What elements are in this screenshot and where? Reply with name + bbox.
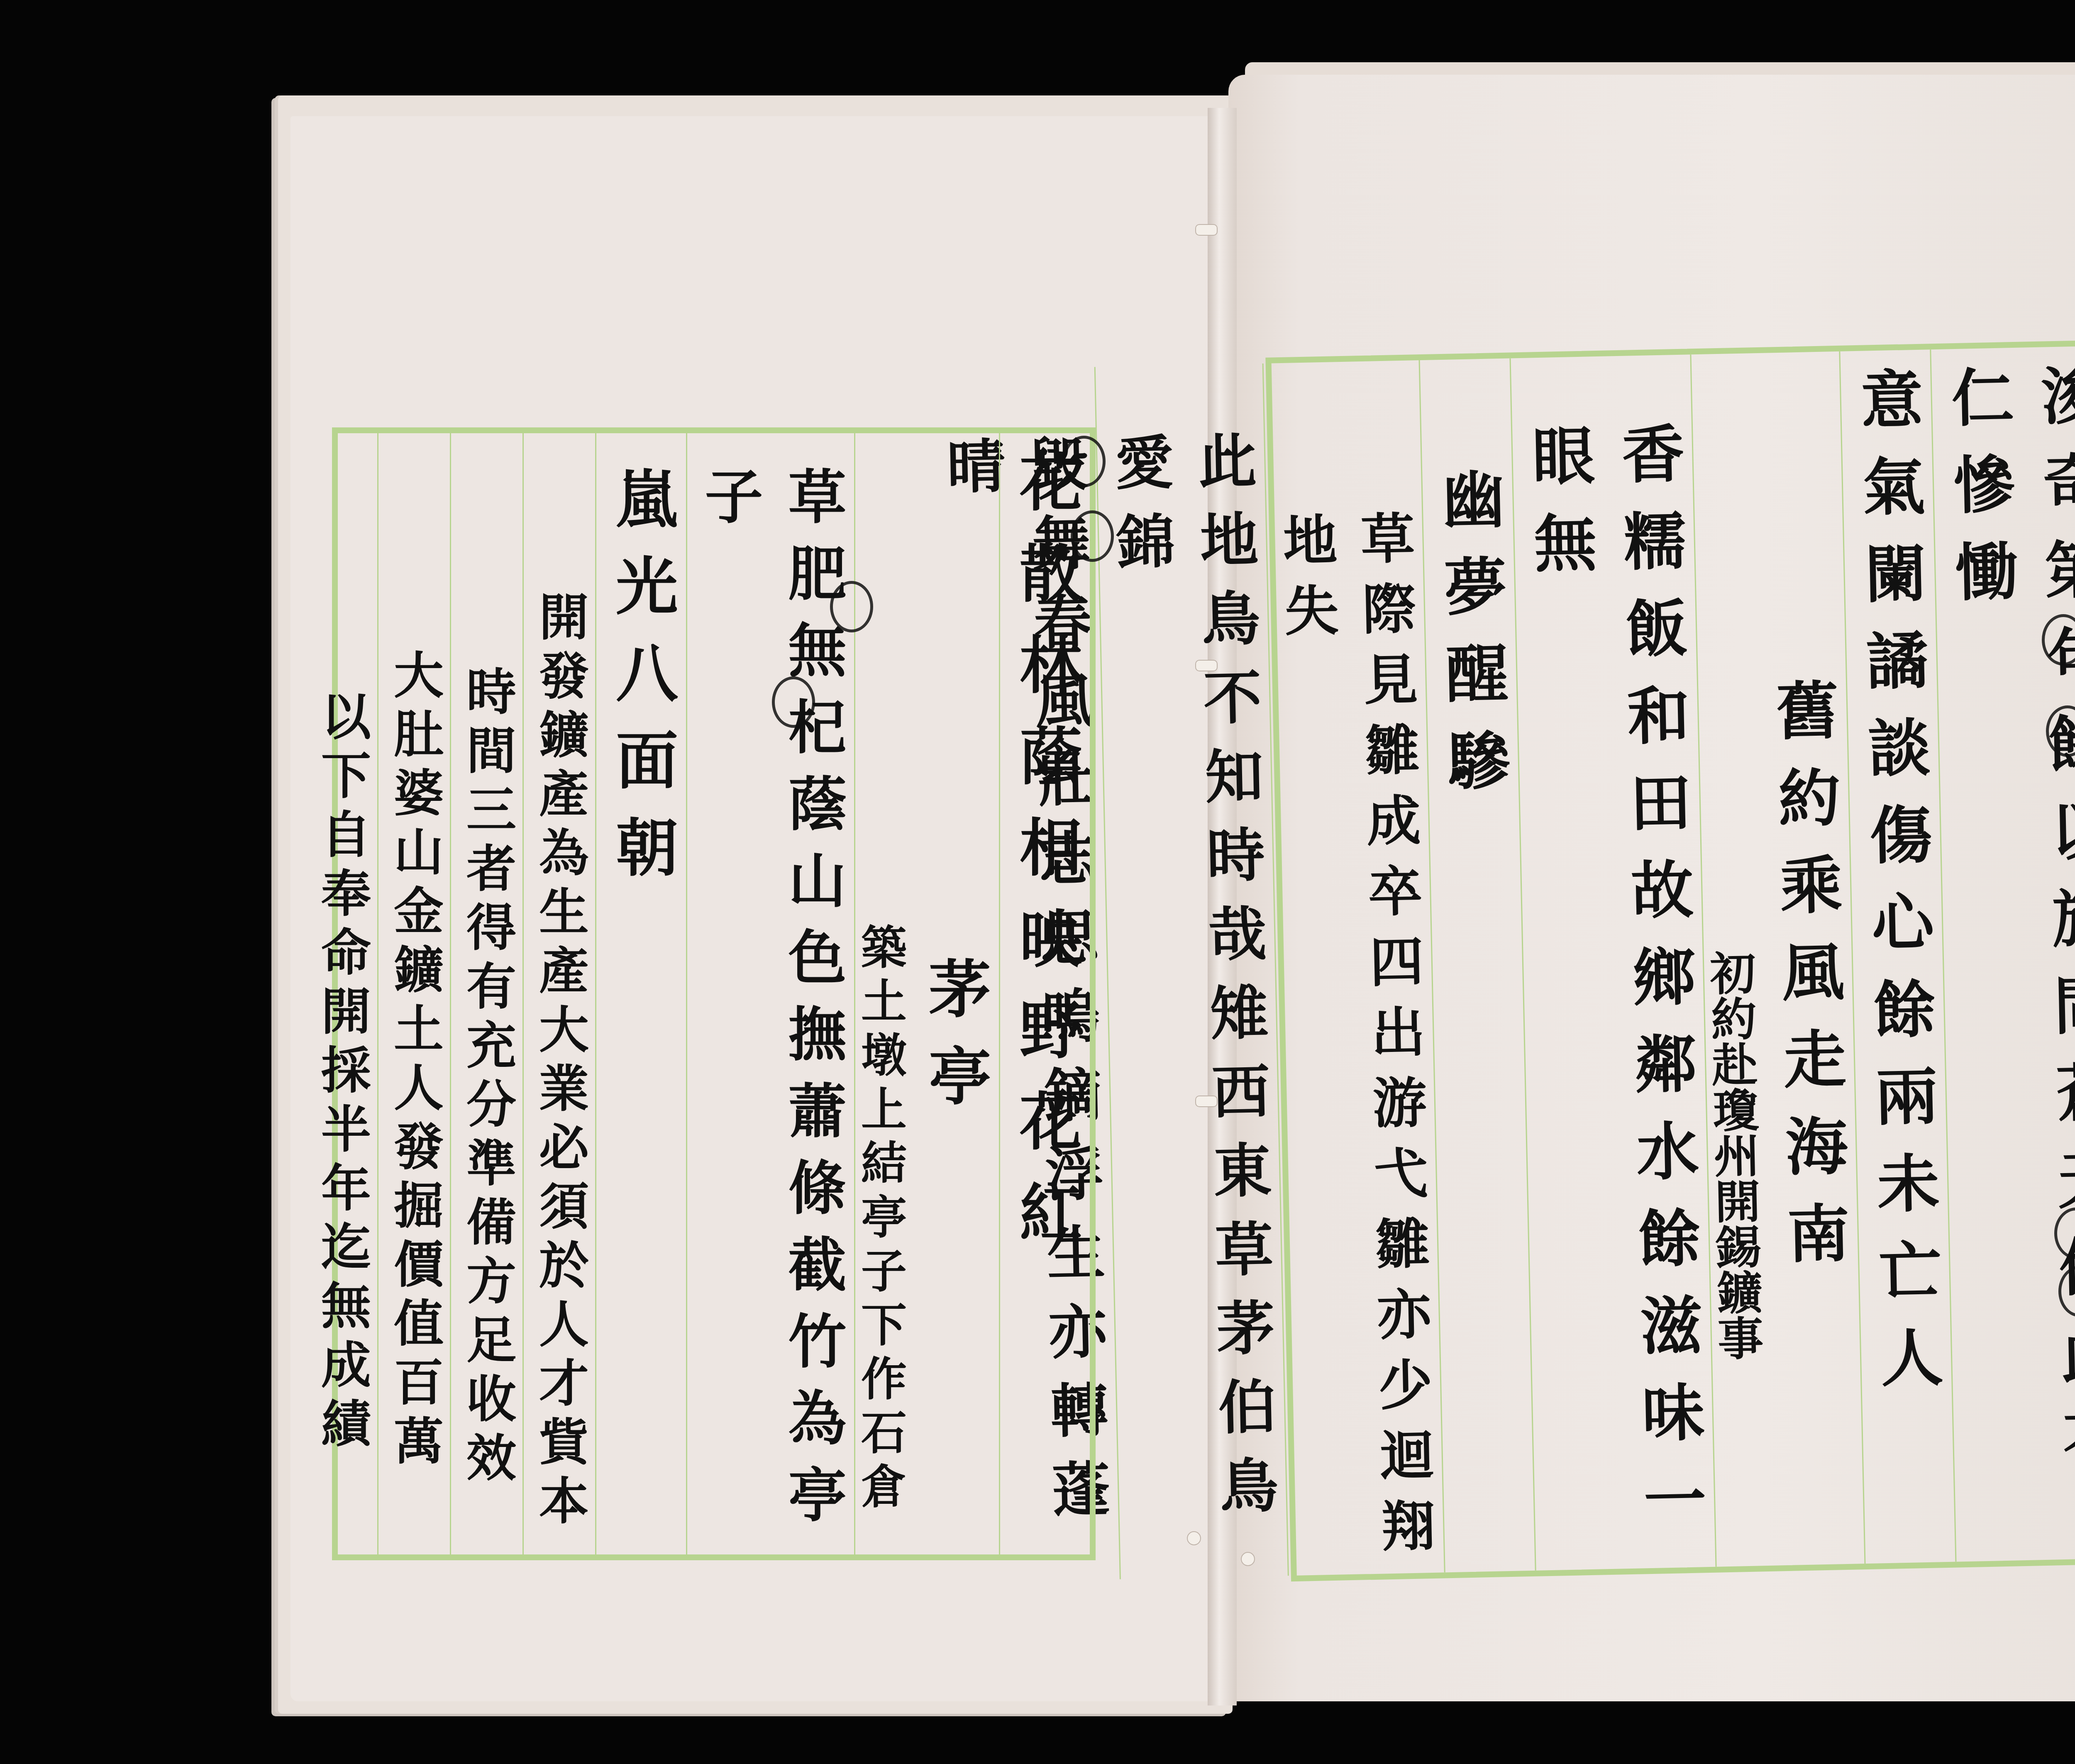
column-text: 大肚婆山金鑛土人發掘價值百萬 [378,649,450,1474]
column-text: 以下自奉命開採半年迄無成績 [306,690,377,1457]
column: 開發鑛產為生產大業必須於人才貲本 [524,433,596,1554]
emphasis-circle [830,581,873,632]
section-title: 茅亭 [909,956,999,1131]
column-text: 草肥無杞蔭山色撫蕭條截竹為亭子 [687,466,854,1554]
right-page-frame: 浚奇第句餘以施問蒼天何此不仁慘慟 意氣闌譎談傷心餘兩未亡人 初約赴瓊州開錫鑛事 … [1265,340,2075,1581]
left-columns: 花散林蔭相映野花紅 築土墩上結亭子下作石倉 茅亭 草肥無杞蔭山色撫蕭條截竹為亭子… [338,433,1090,1554]
open-book: 浚奇第句餘以施問蒼天何此不仁慘慟 意氣闌譎談傷心餘兩未亡人 初約赴瓊州開錫鑛事 … [0,0,2075,1764]
column-text: 時間三者得有充分準備方足收效 [451,666,522,1491]
column-text: 嵐光八面朝 [596,466,686,902]
annotation: 初約赴瓊州開錫鑛事 [1704,949,1762,1361]
binding-stitch [1195,224,1218,236]
column: 香糯飯和田故鄉鄰水餘滋味一眼無 [1511,354,1716,1570]
column-text: 此地鳥不知時哉雉西東草茅伯鳥愛錦 [1097,430,1288,1579]
left-page-frame: 花散林蔭相映野花紅 築土墩上結亭子下作石倉 茅亭 草肥無杞蔭山色撫蕭條截竹為亭子… [332,427,1096,1560]
column-text: 草際見雛成卒四出游弋雛亦少迴翔地失 [1267,510,1444,1576]
column-text: 浚奇第句餘以施問蒼天何此不仁慘慟 [1931,362,2075,1561]
column: 築土墩上結亭子下作石倉 茅亭 [855,433,1000,1554]
column-text: 幽夢醒驂 [1422,466,1519,816]
column: 此地鳥不知時哉雉西東草茅伯鳥愛錦 [1096,364,1289,1579]
column: 大肚婆山金鑛土人發掘價值百萬 [378,433,451,1554]
emphasis-circle [772,676,815,728]
column: 以下自奉命開採半年迄無成績 [306,433,378,1554]
emphasis-circle [1071,510,1114,562]
emphasis-circle [1062,436,1106,487]
column: 草際見雛成卒四出游弋雛亦少迴翔地失 [1264,360,1445,1576]
column-text: 開發鑛產為生產大業必須於人才貲本 [524,591,595,1534]
column: 嵐光八面朝 [596,433,687,1554]
column: 花散林蔭相映野花紅 [1000,433,1090,1554]
right-columns: 浚奇第句餘以施問蒼天何此不仁慘慟 意氣闌譎談傷心餘兩未亡人 初約赴瓊州開錫鑛事 … [1272,346,2075,1576]
column: 時間三者得有充分準備方足收效 [451,433,524,1554]
column-text: 花散林蔭相映野花紅 [1000,450,1090,1271]
column-text: 舊約乘風走海南 [1756,678,1859,1289]
column: 初約赴瓊州開錫鑛事 舊約乘風走海南 [1691,351,1865,1567]
column-text: 香糯飯和田故鄉鄰水餘滋味一眼無 [1512,421,1716,1570]
annotation: 築土墩上結亭子下作石倉 [855,923,905,1517]
